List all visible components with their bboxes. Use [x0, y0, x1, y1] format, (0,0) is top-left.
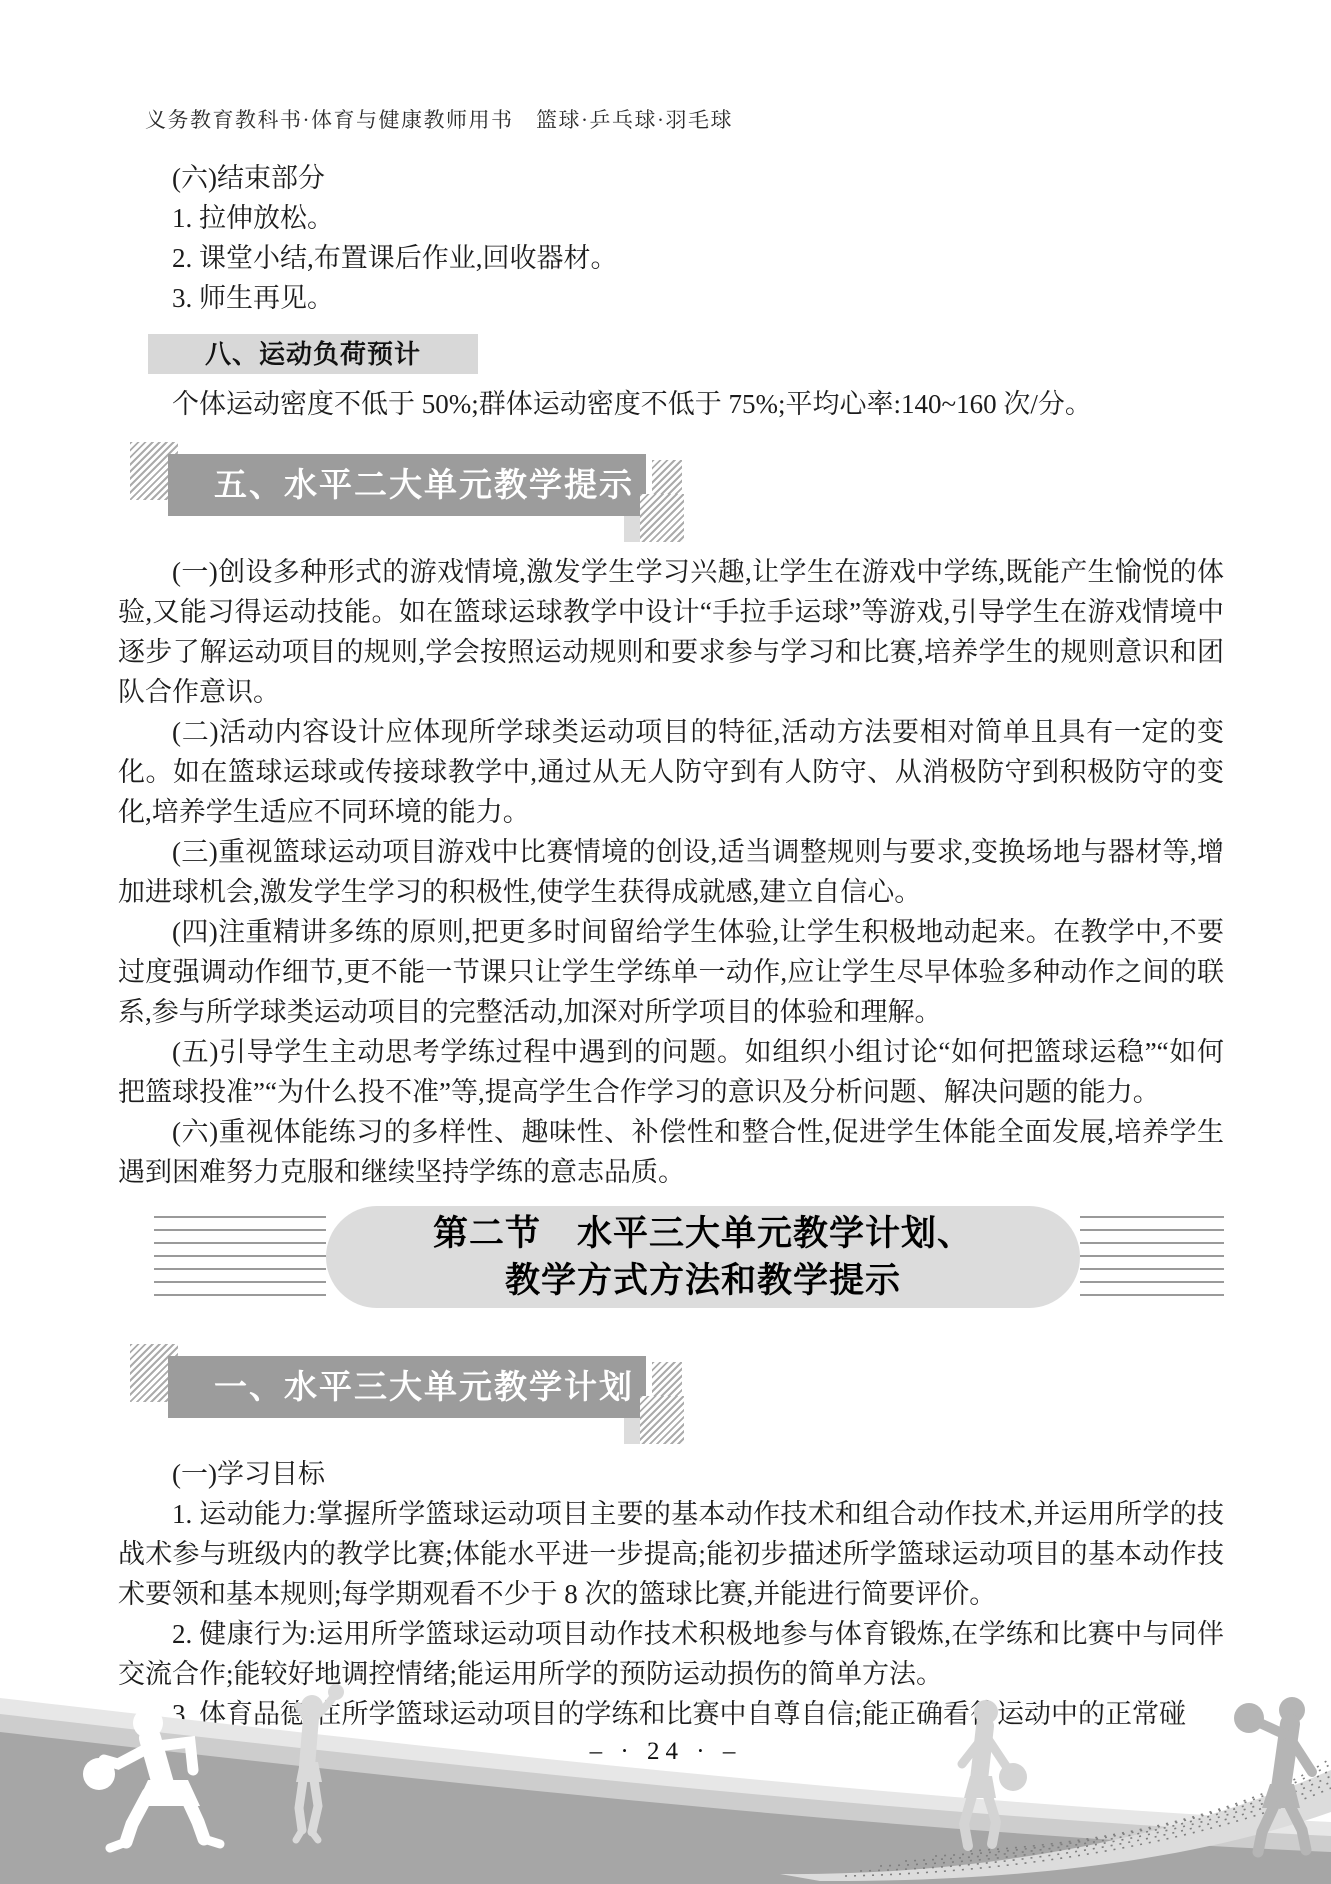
textbook-page: 义务教育教科书·体育与健康教师用书 篮球·乒乓球·羽毛球 (六)结束部分 1. … — [0, 0, 1331, 1884]
hatch-decoration-right-bottom — [640, 1396, 684, 1444]
horizontal-rules-right — [1080, 1216, 1224, 1298]
page-number: – · 24 · – — [0, 1738, 1331, 1766]
plan-paragraph: 1. 运动能力:掌握所学篮球运动项目主要的基本动作技术和组合动作技术,并运用所学… — [118, 1494, 1224, 1614]
closing-part-item: 3. 师生再见。 — [118, 278, 1224, 318]
chapter-title-box: 第二节 水平三大单元教学计划、 教学方式方法和教学提示 — [326, 1206, 1080, 1308]
plan-paragraph: 2. 健康行为:运用所学篮球运动项目动作技术积极地参与体育锻炼,在学练和比赛中与… — [118, 1614, 1224, 1694]
tips-paragraph: (四)注重精讲多练的原则,把更多时间留给学生体验,让学生积极地动起来。在教学中,… — [118, 912, 1224, 1032]
tips-paragraph: (一)创设多种形式的游戏情境,激发学生学习兴趣,让学生在游戏中学练,既能产生愉悦… — [118, 552, 1224, 712]
tips-paragraph: (六)重视体能练习的多样性、趣味性、补偿性和整合性,促进学生体能全面发展,培养学… — [118, 1112, 1224, 1192]
footer-wave-graphic — [0, 1684, 1331, 1884]
chapter-title-row: 第二节 水平三大单元教学计划、 教学方式方法和教学提示 — [118, 1206, 1224, 1308]
learning-goals-subheading: (一)学习目标 — [118, 1454, 1224, 1494]
closing-part-item: 2. 课堂小结,布置课后作业,回收器材。 — [118, 238, 1224, 278]
closing-part-item: 1. 拉伸放松。 — [118, 198, 1224, 238]
level3-plan-banner: 一、水平三大单元教学计划 — [168, 1356, 646, 1418]
main-text-column: (六)结束部分 1. 拉伸放松。 2. 课堂小结,布置课后作业,回收器材。 3.… — [118, 158, 1224, 1734]
chapter-title-line1: 第二节 水平三大单元教学计划、 — [433, 1210, 973, 1257]
horizontal-rules-left — [154, 1216, 326, 1298]
hatch-decoration-right-bottom — [640, 494, 684, 542]
level3-plan-banner-row: 一、水平三大单元教学计划 — [118, 1356, 1224, 1420]
running-head: 义务教育教科书·体育与健康教师用书 篮球·乒乓球·羽毛球 — [145, 104, 733, 134]
hatch-decoration-right-top — [652, 460, 682, 496]
load-forecast-heading: 八、运动负荷预计 — [148, 334, 478, 374]
tips-paragraph: (二)活动内容设计应体现所学球类运动项目的特征,活动方法要相对简单且具有一定的变… — [118, 712, 1224, 832]
tips-paragraph: (三)重视篮球运动项目游戏中比赛情境的创设,适当调整规则与要求,变换场地与器材等… — [118, 832, 1224, 912]
hatch-decoration-right-top — [652, 1362, 682, 1398]
level2-tips-banner-row: 五、水平二大单元教学提示 — [118, 454, 1224, 518]
level2-tips-banner: 五、水平二大单元教学提示 — [168, 454, 646, 516]
chapter-title-line2: 教学方式方法和教学提示 — [505, 1257, 901, 1304]
tips-paragraph: (五)引导学生主动思考学练过程中遇到的问题。如组织小组讨论“如何把篮球运稳”“如… — [118, 1032, 1224, 1112]
closing-part-heading: (六)结束部分 — [118, 158, 1224, 198]
load-forecast-body: 个体运动密度不低于 50%;群体运动密度不低于 75%;平均心率:140~160… — [118, 384, 1224, 424]
